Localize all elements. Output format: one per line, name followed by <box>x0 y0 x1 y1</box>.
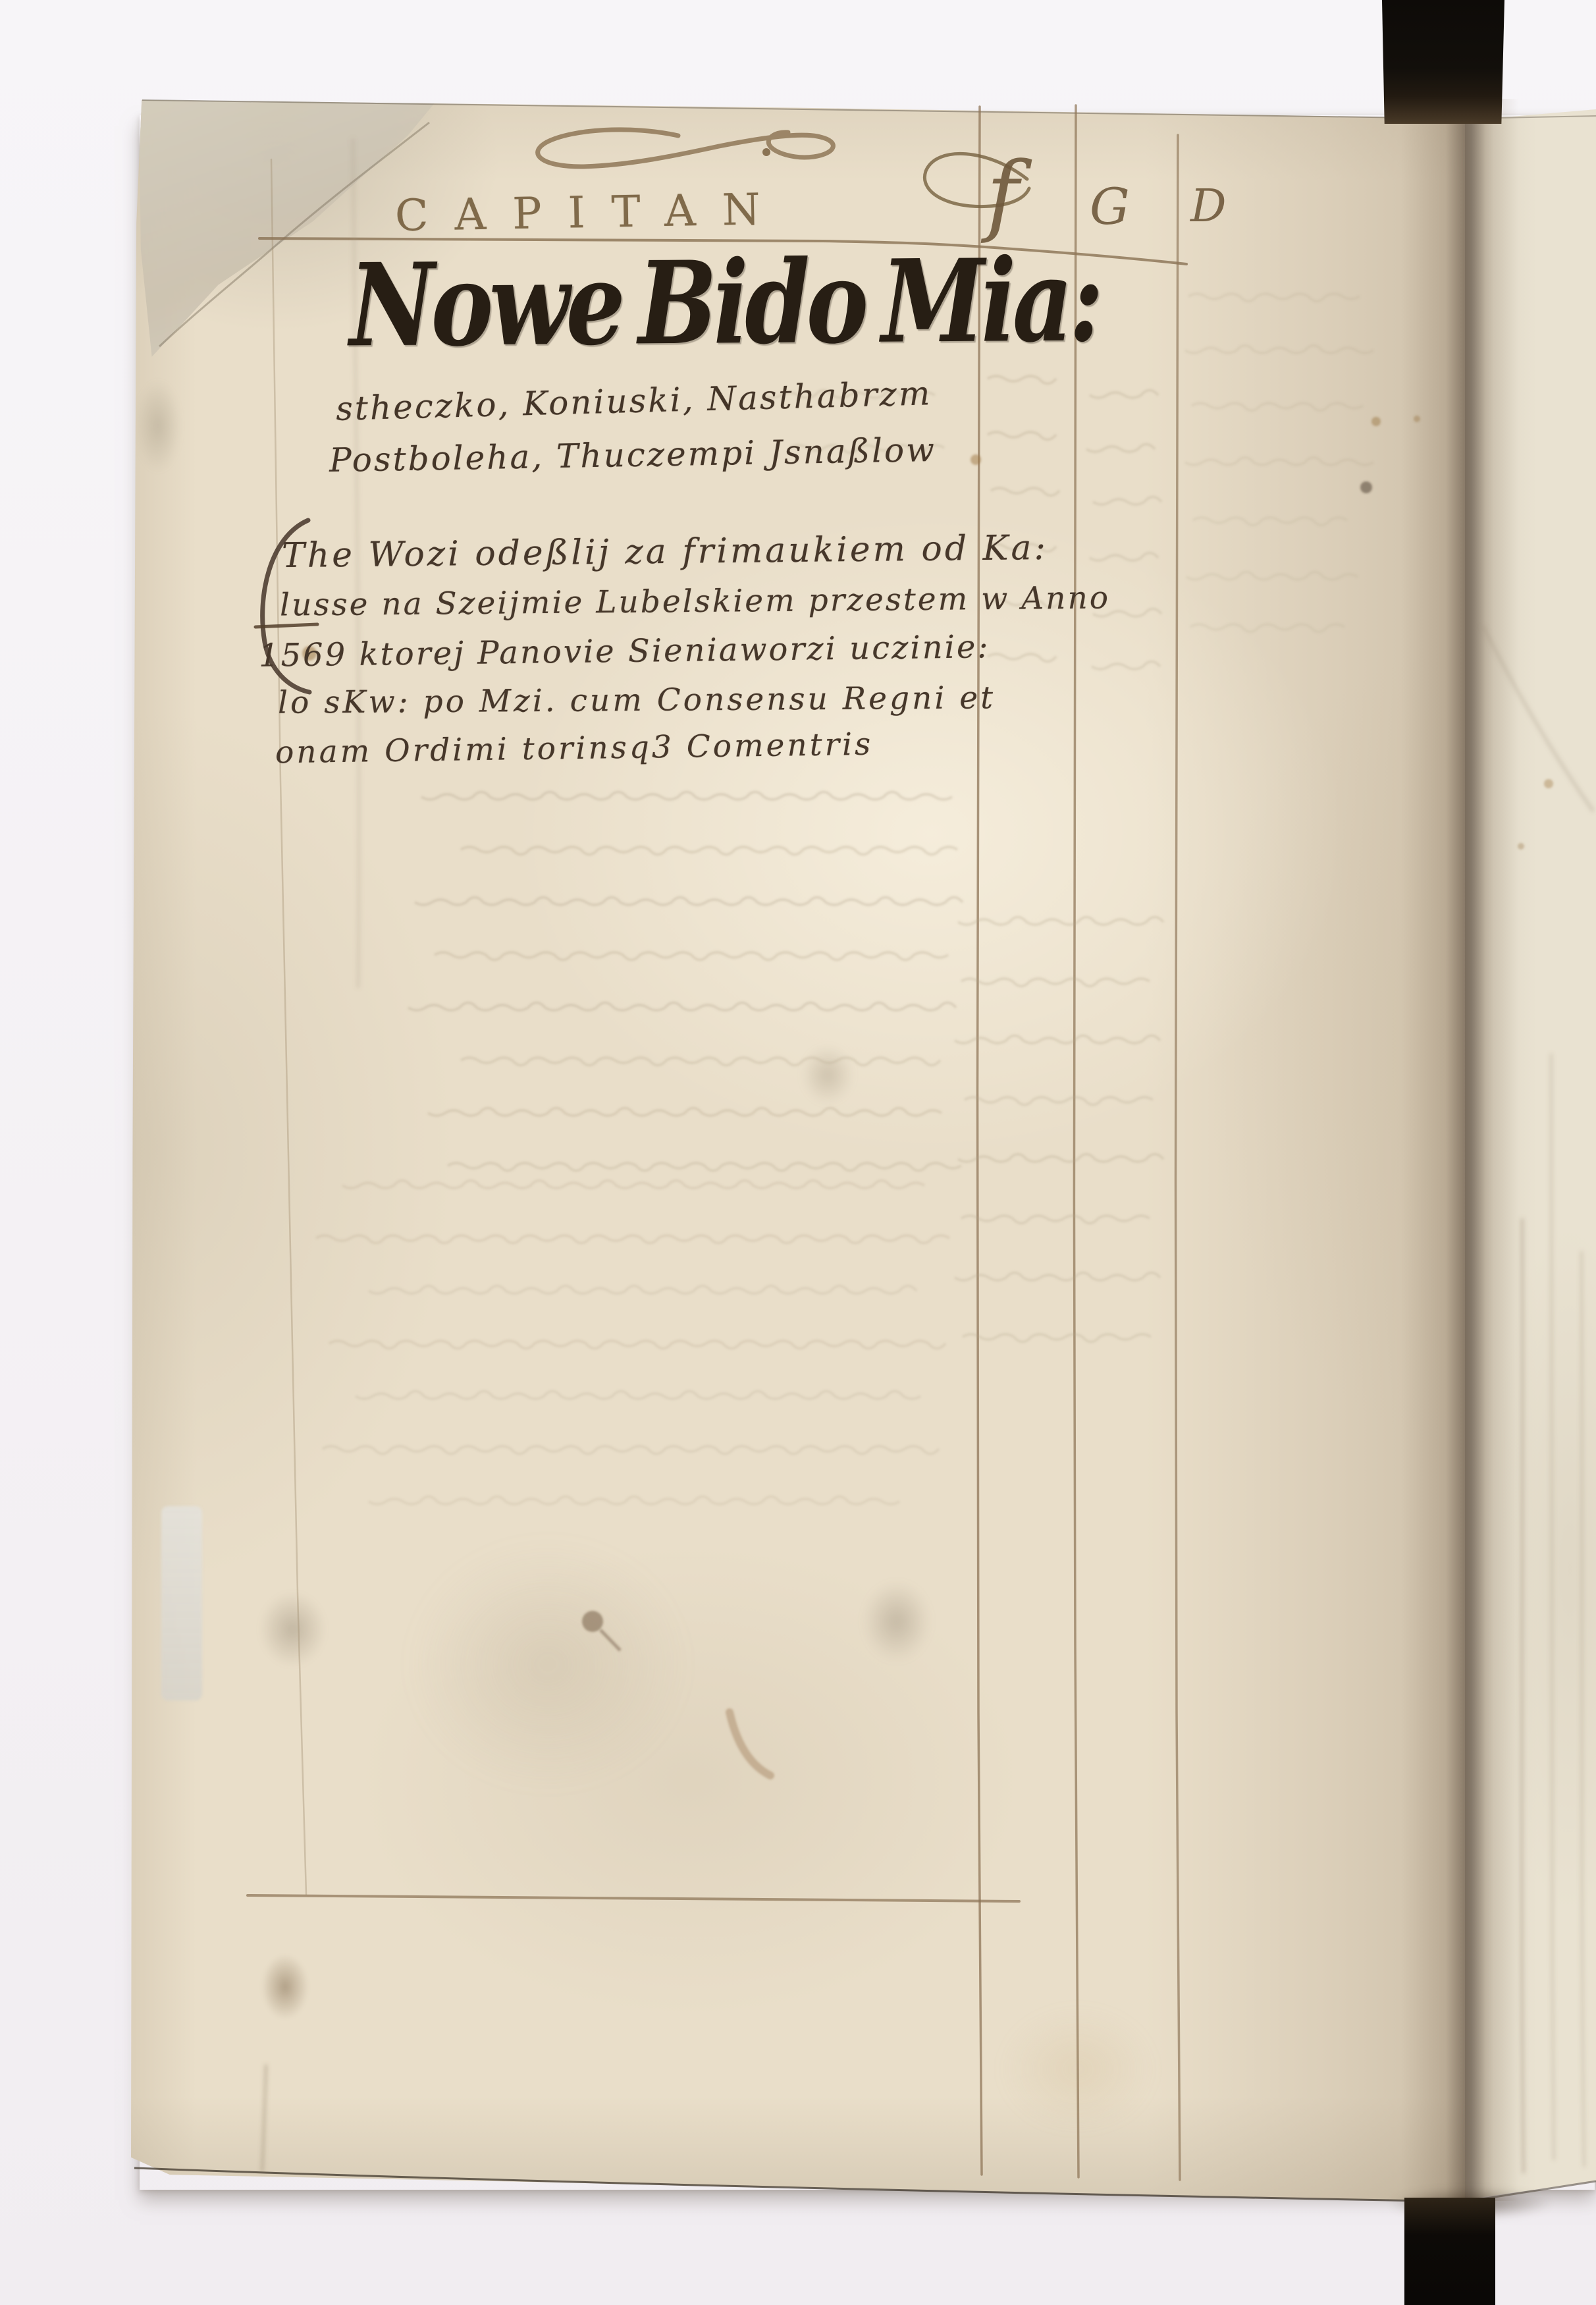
bookmark-ribbon-top <box>1382 0 1504 124</box>
mid-smudge-stain <box>801 1045 854 1104</box>
yellow-stain <box>999 2007 1157 2132</box>
thumb-smudge-stain <box>258 1590 327 1668</box>
grey-smudge-stain <box>861 1579 933 1664</box>
tape-residue-stain <box>161 1506 202 1700</box>
manuscript-page <box>130 97 1465 2202</box>
adjacent-page-edge <box>1465 99 1596 2200</box>
fingerprint-stain <box>261 1954 309 2020</box>
corner-damage-patch <box>130 97 446 373</box>
manuscript-scan: CAPITAN f G D Nowe Bido Mia: stheczko, K… <box>0 0 1596 2305</box>
bookmark-ribbon-bottom <box>1404 2198 1495 2305</box>
center-mottle-stain <box>400 1532 696 1796</box>
edge-wear-stain <box>135 380 181 472</box>
